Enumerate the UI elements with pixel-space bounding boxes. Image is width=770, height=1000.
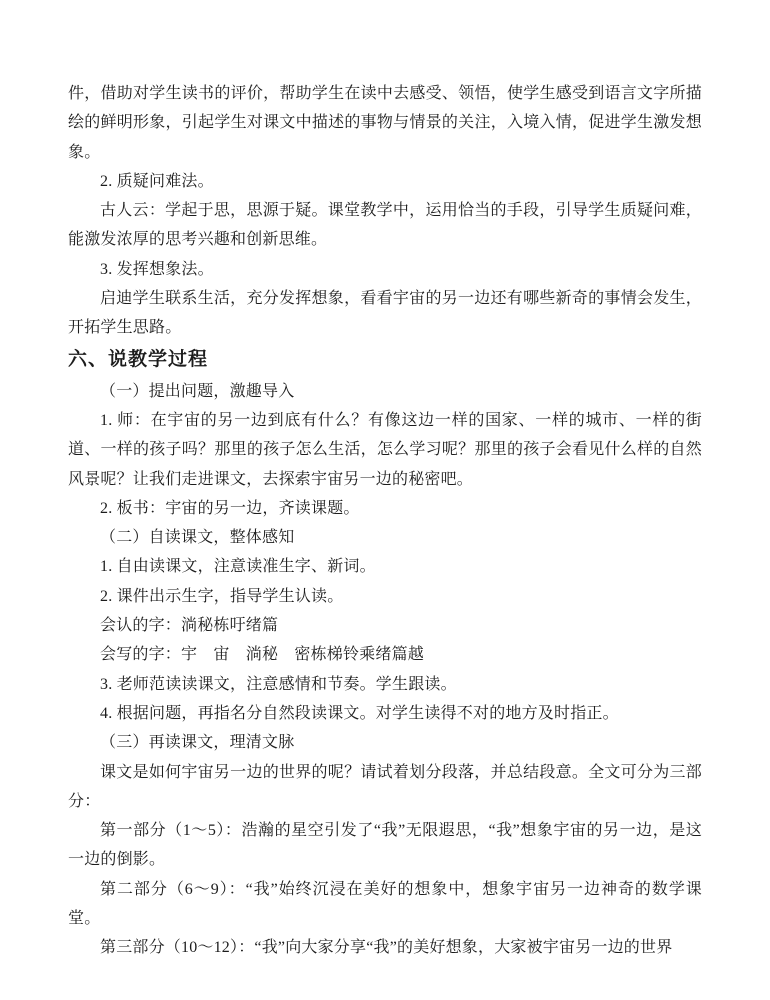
subheading-part-three-reread: （三）再读课文，理清文脉 <box>68 728 702 757</box>
subheading-part-one-lead-in: （一）提出问题，激趣导入 <box>68 377 702 406</box>
para-characters-to-recognize: 会认的字：淌秘栋吁绪篇 <box>68 611 702 640</box>
para-free-reading: 1. 自由读课文，注意读准生字、新词。 <box>68 552 702 581</box>
para-board-writing: 2. 板书：宇宙的另一边，齐读课题。 <box>68 494 702 523</box>
para-questioning-method-desc: 古人云：学起于思，思源于疑。课堂教学中，运用恰当的手段，引导学生质疑问难，能激发… <box>68 196 702 255</box>
para-divide-paragraphs-task: 课文是如何宇宙另一边的世界的呢？请试着划分段落，并总结段意。全文可分为三部分： <box>68 758 702 817</box>
document-page: 件，借助对学生读书的评价，帮助学生在读中去感受、领悟，使学生感受到语言文字所描绘… <box>0 0 770 1000</box>
para-section-two-summary: 第二部分（6～9）：“我”始终沉浸在美好的想象中，想象宇宙另一边神奇的数学课堂。 <box>68 875 702 934</box>
para-section-three-summary: 第三部分（10～12）：“我”向大家分享“我”的美好想象，大家被宇宙另一边的世界 <box>68 933 702 962</box>
item-questioning-method: 2. 质疑问难法。 <box>68 167 702 196</box>
para-teacher-intro-questions: 1. 师：在宇宙的另一边到底有什么？有像这边一样的国家、一样的城市、一样的街道、… <box>68 406 702 494</box>
document-content: 件，借助对学生读书的评价，帮助学生在读中去感受、领悟，使学生感受到语言文字所描绘… <box>68 79 702 963</box>
para-reading-evaluation-continuation: 件，借助对学生读书的评价，帮助学生在读中去感受、领悟，使学生感受到语言文字所描绘… <box>68 79 702 167</box>
para-imagination-method-desc: 启迪学生联系生活，充分发挥想象，看看宇宙的另一边还有哪些新奇的事情会发生，开拓学… <box>68 284 702 343</box>
item-imagination-method: 3. 发挥想象法。 <box>68 255 702 284</box>
para-section-one-summary: 第一部分（1～5）：浩瀚的星空引发了“我”无限遐思，“我”想象宇宙的另一边，是这… <box>68 816 702 875</box>
para-courseware-characters: 2. 课件出示生字，指导学生认读。 <box>68 582 702 611</box>
heading-teaching-process: 六、说教学过程 <box>68 343 702 377</box>
para-characters-to-write: 会写的字：宇 宙 淌秘 密栋梯铃乘绪篇越 <box>68 640 702 669</box>
para-teacher-model-reading: 3. 老师范读读课文，注意感情和节奏。学生跟读。 <box>68 670 702 699</box>
subheading-part-two-self-reading: （二）自读课文，整体感知 <box>68 523 702 552</box>
para-named-paragraph-reading: 4. 根据问题，再指名分自然段读课文。对学生读得不对的地方及时指正。 <box>68 699 702 728</box>
